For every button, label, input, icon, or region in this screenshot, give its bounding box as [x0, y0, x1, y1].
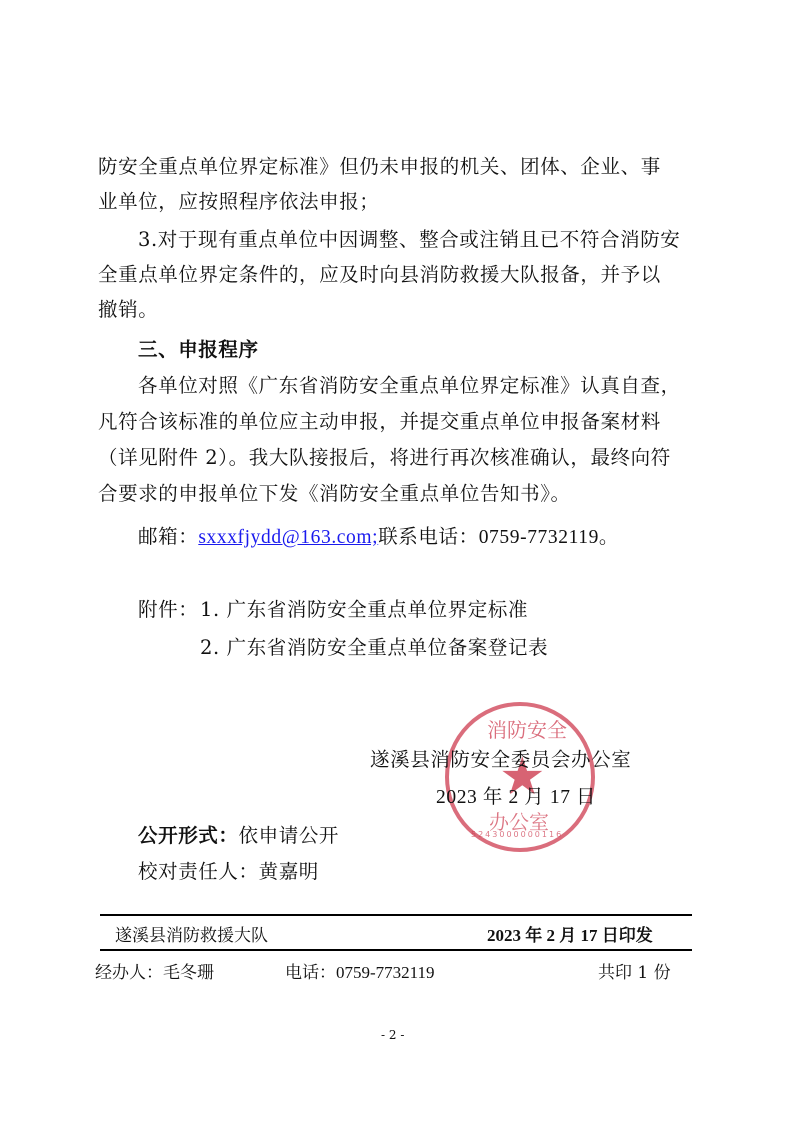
seal-ring-text: 消防安全: [487, 714, 567, 743]
item-3-line: 全重点单位界定条件的，应及时向县消防救援大队报备，并予以: [98, 263, 661, 287]
phone-number: 0759-7732119。: [479, 527, 619, 548]
proofreader-line: 校对责任人：黄嘉明: [138, 860, 319, 884]
copies-count: 共印 1 份: [598, 962, 671, 984]
official-seal: 消防安全 ★ 办公室 5243000000116: [445, 702, 595, 852]
item-3-line: 3.对于现有重点单位中因调整、整合或注销且已不符合消防安: [138, 228, 680, 252]
paragraph-line: 业单位，应按照程序依法申报；: [98, 190, 379, 214]
page-number: - 2 -: [381, 1028, 404, 1042]
imprint-phone: 0759-7732119: [336, 963, 435, 982]
signature-org: 遂溪县消防安全委员会办公室: [370, 748, 631, 772]
attachment-item: 2. 广东省消防安全重点单位备案登记表: [200, 636, 548, 660]
paragraph-line: 防安全重点单位界定标准》但仍未申报的机关、团体、企业、事: [98, 155, 661, 179]
signature-date: 2023 年 2 月 17 日: [436, 786, 596, 810]
contact-line: 邮箱：sxxxfjydd@163.com;联系电话：0759-7732119。: [138, 525, 619, 550]
item-3-line: 撤销。: [98, 298, 158, 322]
email-link[interactable]: sxxxfjydd@163.com;: [198, 527, 378, 548]
disclosure-label: 公开形式：: [138, 824, 239, 847]
proofreader-label: 校对责任人：: [138, 860, 259, 883]
imprint-date: 2023 年 2 月 17 日印发: [487, 925, 653, 947]
section-heading: 三、申报程序: [138, 338, 259, 362]
procedure-line: 凡符合该标准的单位应主动申报，并提交重点单位申报备案材料: [98, 410, 661, 434]
procedure-line: （详见附件 2）。我大队接报后，将进行再次核准确认，最终向符: [98, 446, 671, 470]
attachments-label: 附件：: [138, 598, 198, 622]
seal-code: 5243000000116: [471, 830, 563, 839]
imprint-phone-line: 电话：0759-7732119: [285, 962, 435, 984]
disclosure-line: 公开形式：依申请公开: [138, 824, 339, 848]
attachment-item: 1. 广东省消防安全重点单位界定标准: [200, 598, 528, 622]
imprint-top-rule: [100, 914, 692, 916]
handler-name: 毛冬珊: [163, 963, 214, 983]
phone-label: 联系电话：: [378, 525, 479, 548]
email-label: 邮箱：: [138, 525, 198, 548]
imprint-bottom-rule: [100, 949, 692, 951]
handler-label: 经办人：: [95, 963, 163, 983]
handler-line: 经办人：毛冬珊: [95, 962, 214, 984]
proofreader-value: 黄嘉明: [259, 860, 319, 883]
procedure-line: 各单位对照《广东省消防安全重点单位界定标准》认真自查，: [138, 374, 681, 398]
imprint-phone-label: 电话：: [285, 963, 336, 983]
procedure-line: 合要求的申报单位下发《消防安全重点单位告知书》。: [98, 482, 571, 506]
disclosure-value: 依申请公开: [239, 824, 340, 847]
imprint-issuer: 遂溪县消防救援大队: [115, 925, 268, 947]
